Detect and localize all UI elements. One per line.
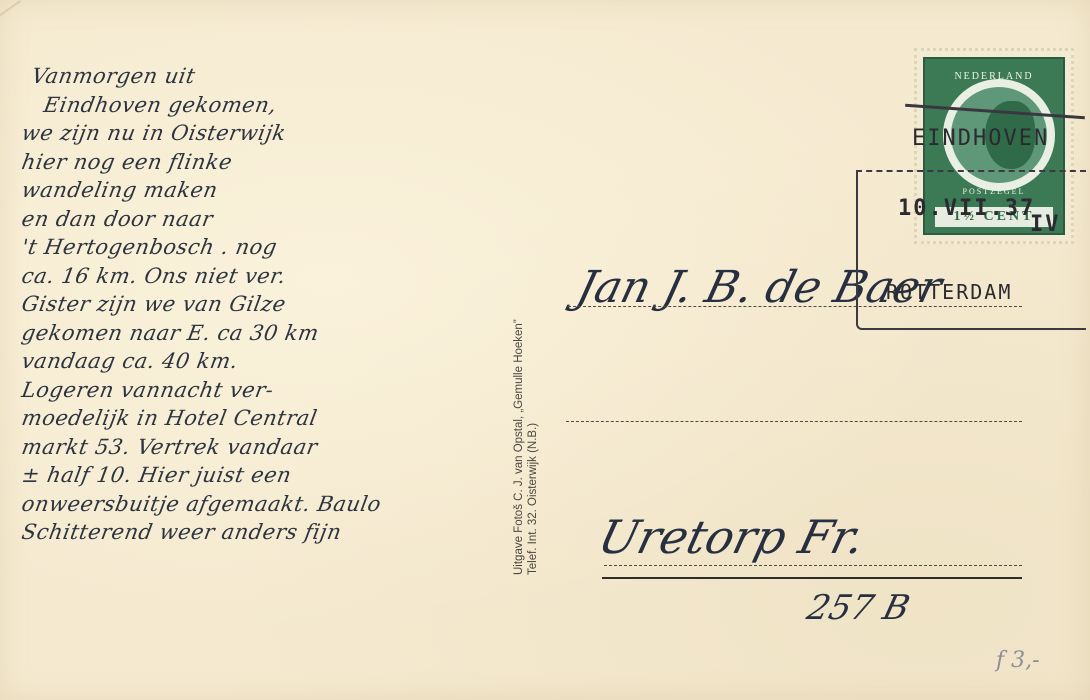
address-line-3-dashed [604,565,1022,566]
message-line: hier nog een flinke [19,148,494,177]
address-line-3-solid [602,577,1022,579]
message-line: onweersbuitje afgemaakt. Baulo [19,490,494,519]
message-line: ca. 16 km. Ons niet ver. [19,262,494,291]
message-line: ± half 10. Hier juist een [19,461,494,490]
imprint-line-2: Telef. Int. 32. Oisterwijk (N.B.) [526,319,540,575]
address-line-2 [566,421,1022,422]
imprint-line-1: Uitgave Fotoš C. J. van Opstal, „Gemulle… [512,319,526,575]
message-line: Schitterend weer anders fijn [19,518,494,547]
postmark-bottom: ROTTERDAM [886,280,1012,304]
price-note: f 3,- [996,648,1040,673]
message-line: 't Hertogenbosch . nog [19,233,494,262]
publisher-imprint: Uitgave Fotoš C. J. van Opstal, „Gemulle… [512,319,540,575]
message-line: Eindhoven gekomen, [19,91,494,120]
message-line: en dan door naar [19,205,494,234]
postmark-time: IV [1030,212,1061,237]
message-line: moedelijk in Hotel Central [19,404,494,433]
message-line: wandeling maken [19,176,494,205]
postmark-frame [856,170,1086,330]
message-line: gekomen naar E. ca 30 km [19,319,494,348]
stamp-country: NEDERLAND [935,71,1053,82]
handwritten-message: Vanmorgen uit Eindhoven gekomen, we zijn… [22,62,492,547]
paper-crease [0,0,21,70]
house-number: 257 B [803,588,914,628]
message-line: we zijn nu in Oisterwijk [19,119,494,148]
message-line: markt 53. Vertrek vandaar [19,433,494,462]
message-line: Gister zijn we van Gilze [19,290,494,319]
postmark-top: EINDHOVEN [912,126,1049,151]
postcard-back: Vanmorgen uit Eindhoven gekomen, we zijn… [0,0,1090,700]
message-line: Logeren vannacht ver- [19,376,494,405]
message-line: vandaag ca. 40 km. [19,347,494,376]
message-line: Vanmorgen uit [19,62,494,91]
postmark-date: 10.VII.37 [898,196,1035,221]
recipient-city: Uretorp Fr. [593,510,870,564]
